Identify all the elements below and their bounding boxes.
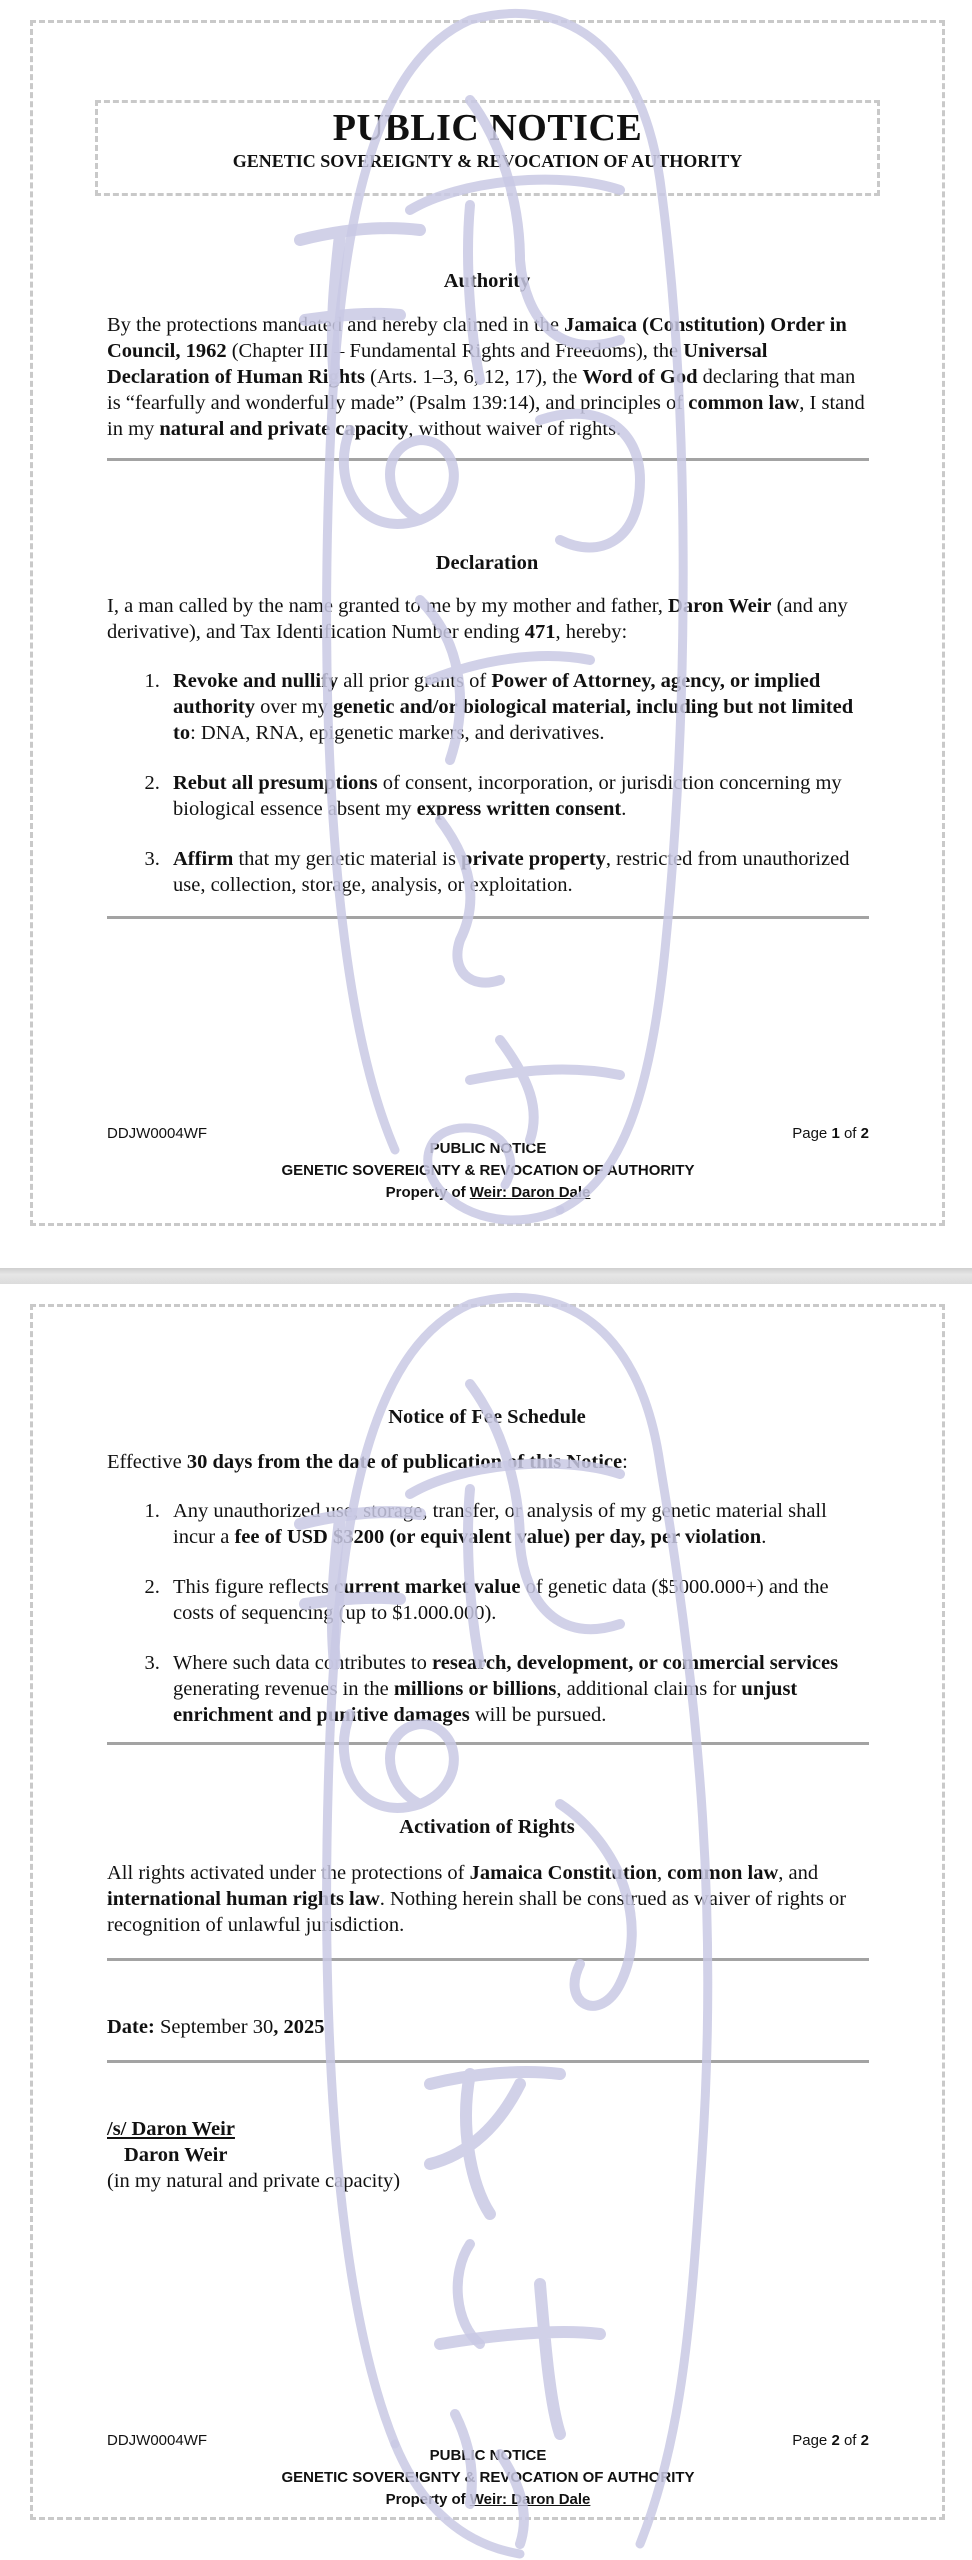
signature-date: Date: September 30, 2025 — [107, 2014, 867, 2040]
fee-schedule-intro: Effective 30 days from the date of publi… — [107, 1449, 867, 1475]
fee-schedule-section: Notice of Fee Schedule Effective 30 days… — [107, 1404, 867, 1745]
declaration-section: Declaration I, a man called by the name … — [107, 550, 867, 919]
footer-doc-id: DDJW0004WF — [107, 1125, 207, 1142]
footer-property: Property of Weir: Daron Dale — [107, 2489, 869, 2511]
list-item: Revoke and nullify all prior grants of P… — [165, 668, 867, 746]
declaration-intro: I, a man called by the name granted to m… — [107, 593, 867, 645]
section-heading-authority: Authority — [107, 268, 867, 294]
list-item: Rebut all presumptions of consent, incor… — [165, 770, 867, 822]
declaration-list: Revoke and nullify all prior grants of P… — [107, 668, 867, 898]
document-page-1: PUBLIC NOTICE GENETIC SOVEREIGNTY & REVO… — [0, 0, 972, 1268]
page-footer: DDJW0004WF Page 1 of 2 PUBLIC NOTICE GEN… — [107, 1125, 869, 1204]
footer-title: PUBLIC NOTICE — [107, 1138, 869, 1160]
list-item: Where such data contributes to research,… — [165, 1650, 867, 1728]
activation-section: Activation of Rights All rights activate… — [107, 1814, 867, 1961]
footer-page-number: Page 2 of 2 — [792, 2432, 869, 2449]
footer-subtitle: GENETIC SOVEREIGNTY & REVOCATION OF AUTH… — [107, 2467, 869, 2489]
signature-line: /s/ Daron Weir — [107, 2116, 867, 2142]
signature-block: /s/ Daron Weir Daron Weir (in my natural… — [107, 2116, 867, 2194]
footer-title: PUBLIC NOTICE — [107, 2445, 869, 2467]
footer-property: Property of Weir: Daron Dale — [107, 1182, 869, 1204]
footer-page-number: Page 1 of 2 — [792, 1125, 869, 1142]
document-title: PUBLIC NOTICE — [98, 109, 877, 149]
signatory-capacity: (in my natural and private capacity) — [107, 2168, 867, 2194]
fee-schedule-list: Any unauthorized use, storage, transfer,… — [107, 1498, 867, 1728]
list-item: Any unauthorized use, storage, transfer,… — [165, 1498, 867, 1550]
divider — [107, 458, 869, 461]
title-box: PUBLIC NOTICE GENETIC SOVEREIGNTY & REVO… — [95, 100, 880, 196]
list-item: This figure reflects current market valu… — [165, 1574, 867, 1626]
divider — [107, 2060, 869, 2063]
section-heading-declaration: Declaration — [107, 550, 867, 576]
footer-doc-id: DDJW0004WF — [107, 2432, 207, 2449]
divider — [107, 1958, 869, 1961]
footer-subtitle: GENETIC SOVEREIGNTY & REVOCATION OF AUTH… — [107, 1160, 869, 1182]
activation-paragraph: All rights activated under the protectio… — [107, 1860, 867, 1938]
page-separator — [0, 1268, 972, 1284]
document-page-2: Notice of Fee Schedule Effective 30 days… — [0, 1284, 972, 2560]
document-subtitle: GENETIC SOVEREIGNTY & REVOCATION OF AUTH… — [98, 151, 877, 172]
signatory-name: Daron Weir — [107, 2142, 867, 2168]
page-footer: DDJW0004WF Page 2 of 2 PUBLIC NOTICE GEN… — [107, 2432, 869, 2511]
date-section: Date: September 30, 2025 — [107, 2014, 867, 2063]
divider — [107, 916, 869, 919]
list-item: Affirm that my genetic material is priva… — [165, 846, 867, 898]
authority-paragraph: By the protections mandated and hereby c… — [107, 312, 867, 442]
section-heading-activation: Activation of Rights — [107, 1814, 867, 1840]
authority-section: Authority By the protections mandated an… — [107, 268, 867, 461]
section-heading-fee-schedule: Notice of Fee Schedule — [107, 1404, 867, 1430]
divider — [107, 1742, 869, 1745]
